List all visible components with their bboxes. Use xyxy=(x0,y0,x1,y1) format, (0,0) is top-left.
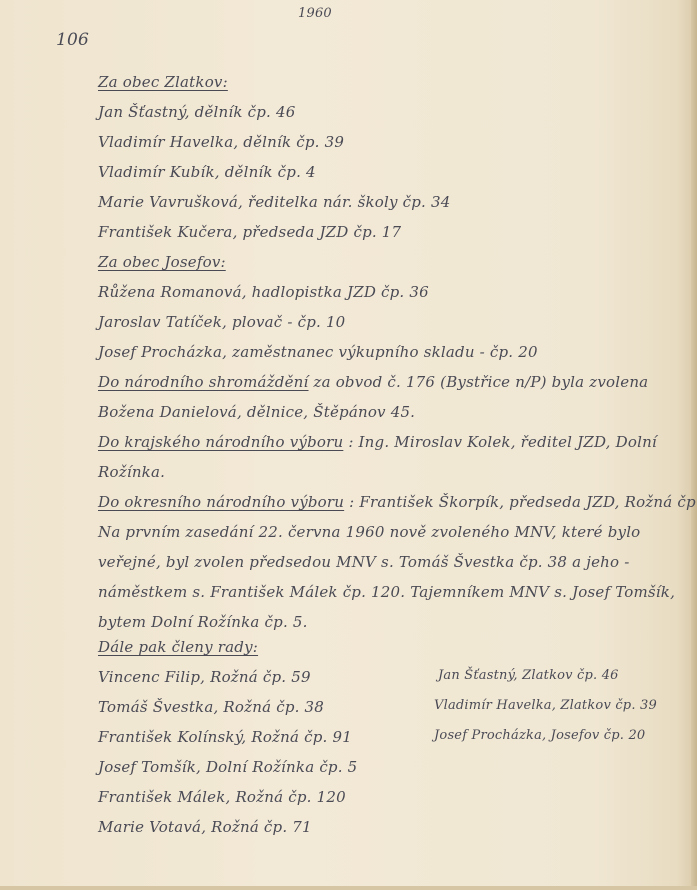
list-item: Josef Tomšík, Dolní Rožínka čp. 5 xyxy=(98,758,357,776)
list-item: Vladimír Havelka, Zlatkov čp. 39 xyxy=(434,698,657,713)
list-item: Marie Votavá, Rožná čp. 71 xyxy=(98,818,312,836)
section-heading-zlatkov: Za obec Zlatkov: xyxy=(98,73,228,91)
list-item: Vincenc Filip, Rožná čp. 59 xyxy=(98,668,311,686)
list-item: Jan Šťastný, dělník čp. 46 xyxy=(98,103,295,121)
section-heading-national-assembly: Do národního shromáždění xyxy=(98,373,309,391)
list-item: Vladimír Kubík, dělník čp. 4 xyxy=(98,163,316,181)
paragraph-line: náměstkem s. František Málek čp. 120. Ta… xyxy=(98,583,675,601)
section-heading-district-committee: Do okresního národního výboru xyxy=(98,493,344,511)
page-edge-bottom xyxy=(0,886,697,890)
paragraph-text: za obvod č. 176 (Bystřice n/P) byla zvol… xyxy=(313,373,648,391)
paragraph-text: : Ing. Miroslav Kolek, ředitel JZD, Doln… xyxy=(348,433,657,451)
handwritten-chronicle-page: 1960 106 Za obec Zlatkov: Jan Šťastný, d… xyxy=(0,0,697,890)
list-item: Jaroslav Tatíček, plovač - čp. 10 xyxy=(98,313,345,331)
list-item: Vladimír Havelka, dělník čp. 39 xyxy=(98,133,344,151)
list-item: Jan Šťastný, Zlatkov čp. 46 xyxy=(438,668,619,683)
section-heading-josefov: Za obec Josefov: xyxy=(98,253,226,271)
list-item: Josef Procházka, zaměstnanec výkupního s… xyxy=(98,343,538,361)
page-edge xyxy=(691,0,697,890)
paragraph-line: Na prvním zasedání 22. června 1960 nově … xyxy=(98,523,640,541)
paragraph-line: veřejné, byl zvolen předsedou MNV s. Tom… xyxy=(98,553,630,571)
section-heading-regional-committee: Do krajského národního výboru xyxy=(98,433,343,451)
paragraph-line: Do národního shromáždění za obvod č. 176… xyxy=(98,373,648,391)
year-header: 1960 xyxy=(298,6,332,21)
list-item: Josef Procházka, Josefov čp. 20 xyxy=(434,728,645,743)
list-item: Růžena Romanová, hadlopistka JZD čp. 36 xyxy=(98,283,429,301)
paragraph-text: : František Škorpík, předseda JZD, Rožná… xyxy=(349,493,697,511)
list-item: František Kolínský, Rožná čp. 91 xyxy=(98,728,352,746)
paragraph-line: bytem Dolní Rožínka čp. 5. xyxy=(98,613,308,631)
list-item: Tomáš Švestka, Rožná čp. 38 xyxy=(98,698,324,716)
list-item: František Málek, Rožná čp. 120 xyxy=(98,788,346,806)
paragraph-line: Božena Danielová, dělnice, Štěpánov 45. xyxy=(98,403,415,421)
list-item: František Kučera, předseda JZD čp. 17 xyxy=(98,223,401,241)
paragraph-line: Rožínka. xyxy=(98,463,165,481)
page-number: 106 xyxy=(56,30,89,50)
list-item: Marie Vavrušková, ředitelka nár. školy č… xyxy=(98,193,450,211)
section-heading-council: Dále pak členy rady: xyxy=(98,638,258,656)
paragraph-line: Do krajského národního výboru : Ing. Mir… xyxy=(98,433,657,451)
paragraph-line: Do okresního národního výboru : Františe… xyxy=(98,493,697,511)
